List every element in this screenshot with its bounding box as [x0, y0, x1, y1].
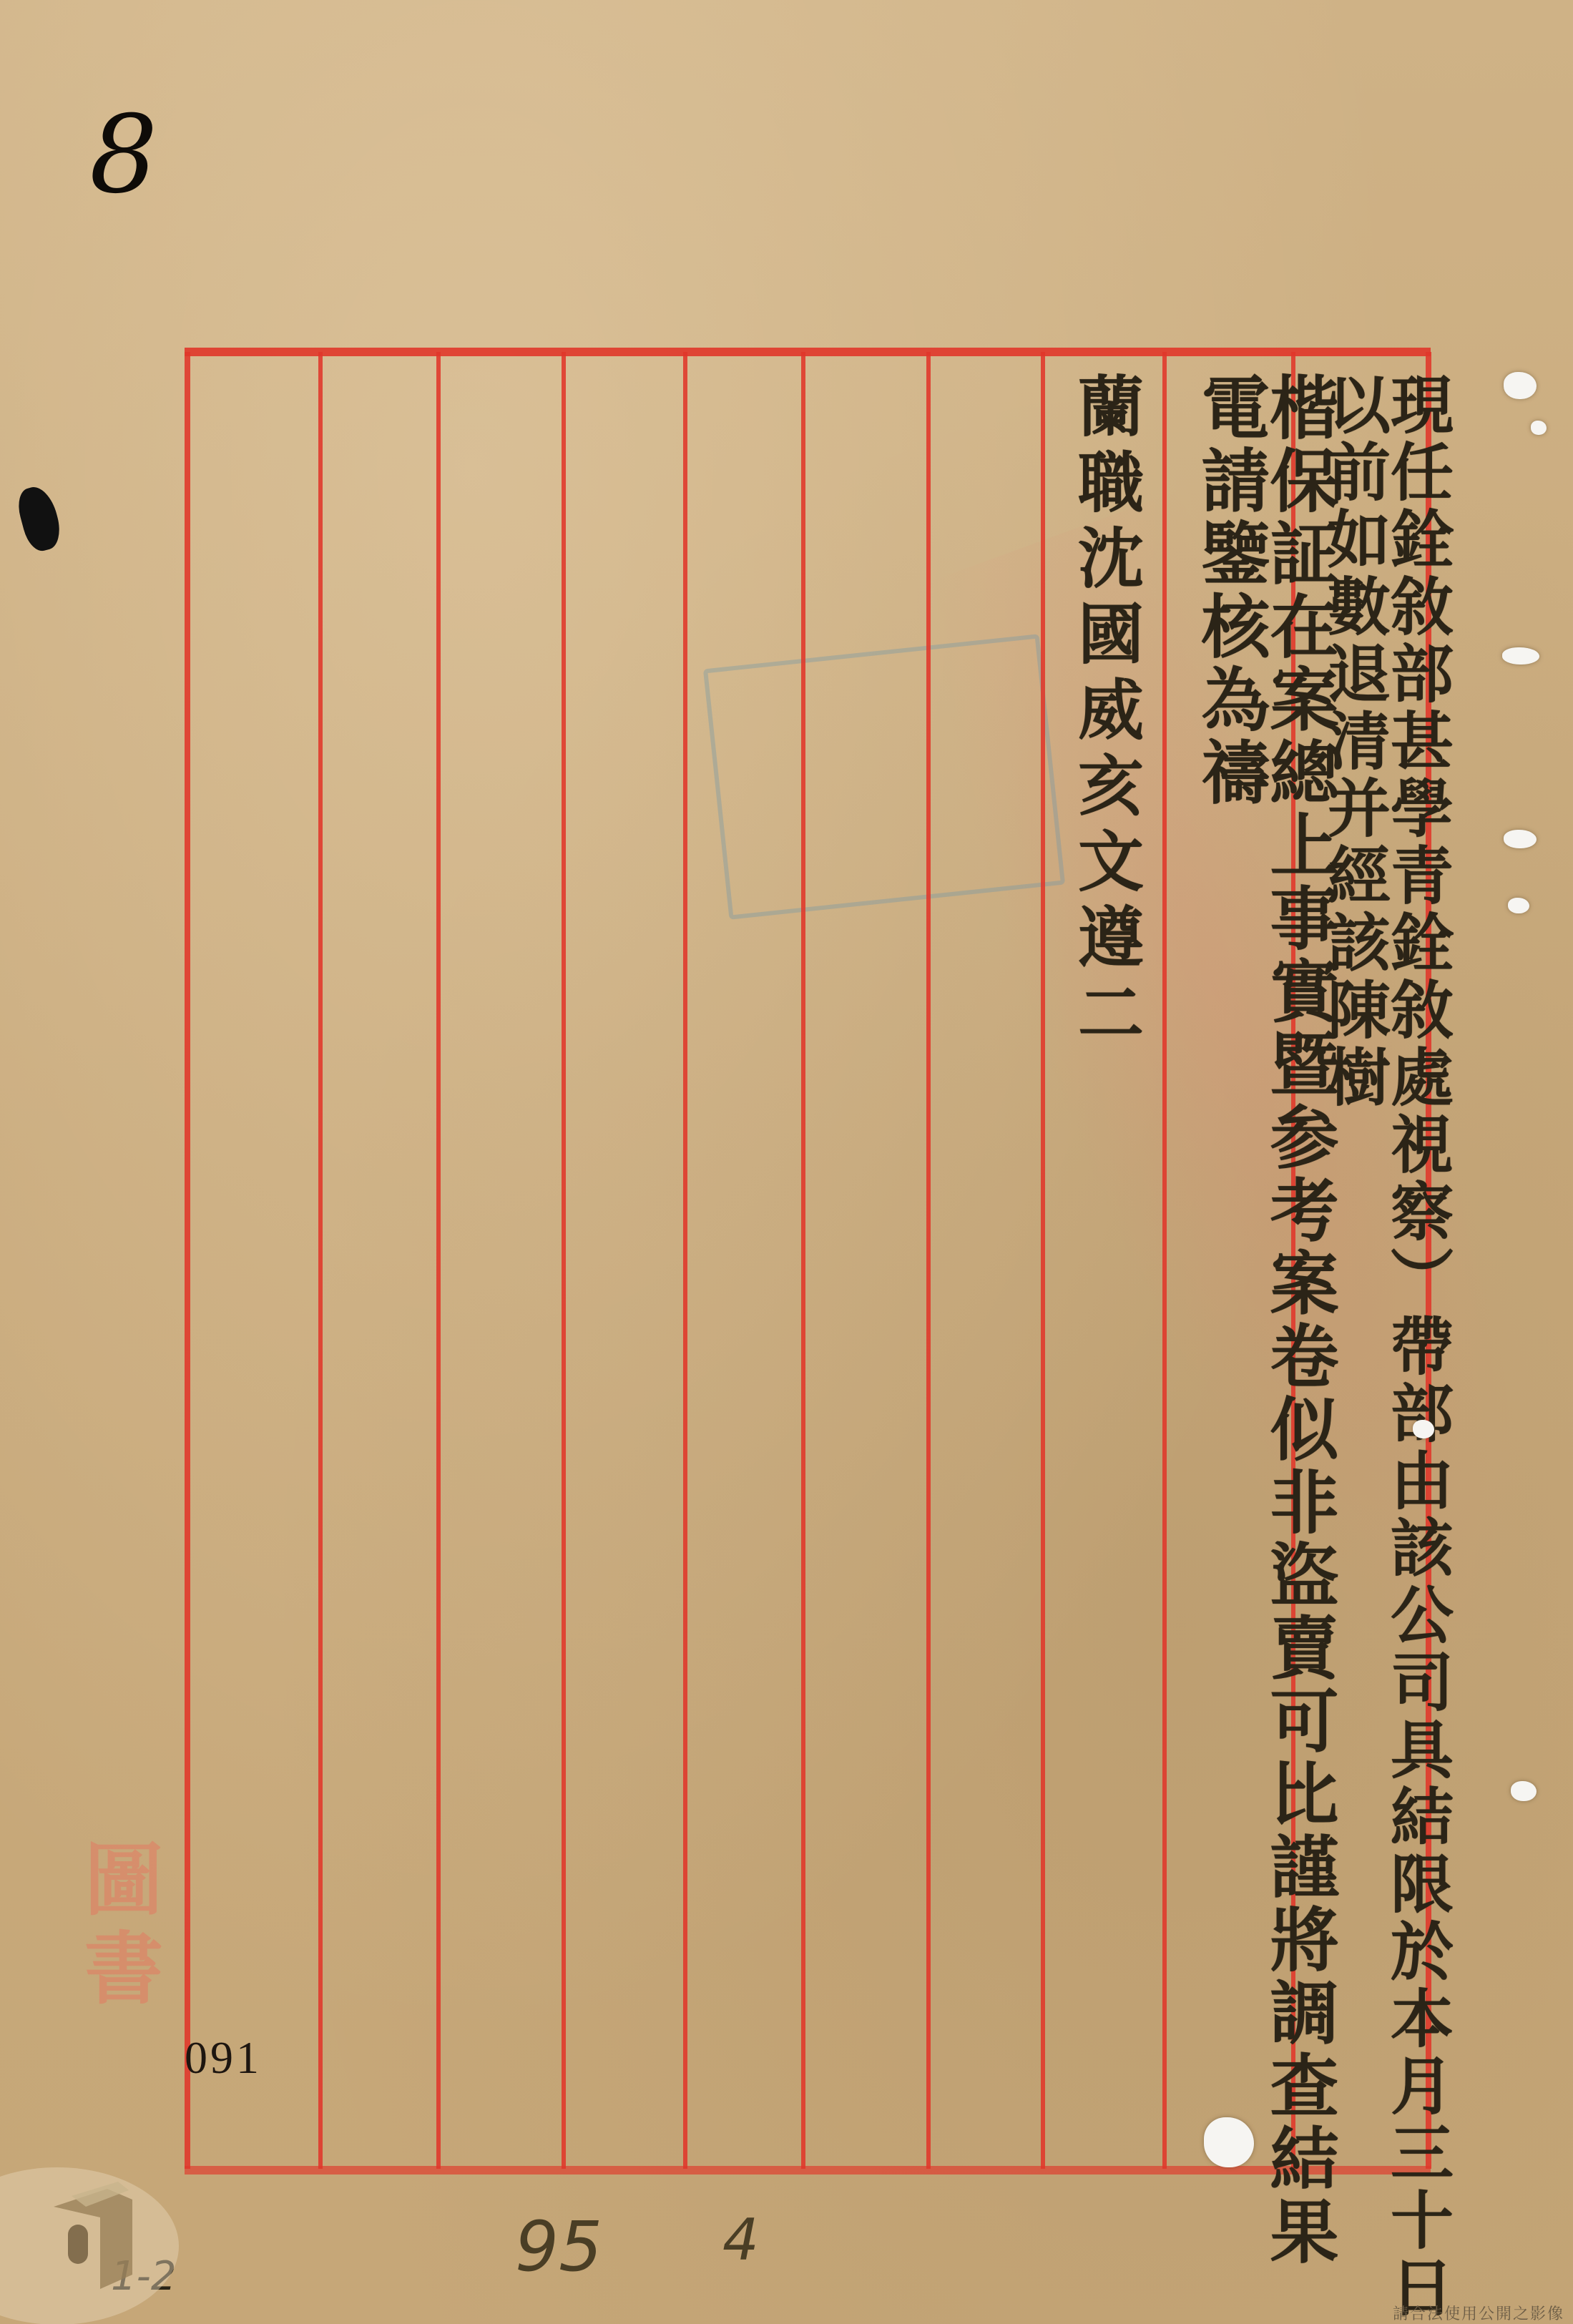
usage-watermark: 請合法使用公開之影像: [1393, 2302, 1564, 2324]
ruled-line: [1041, 352, 1045, 2169]
red-faded-stamp: 圖書: [61, 1838, 174, 2016]
ruled-line: [926, 352, 931, 2169]
text-column-1: 現任銓敘部甚學青銓敘處視察）帶部由該公司具結限於本月三十日以前如數退清并經該陳樹: [1323, 372, 1449, 2324]
punch-hole: [1508, 898, 1529, 913]
paper-tear-hole: [1204, 2117, 1254, 2167]
pencil-note-count: 4: [722, 2207, 759, 2273]
serial-number-stamp: 091: [185, 2031, 262, 2084]
ruled-line: [185, 352, 190, 2169]
punch-hole: [1504, 830, 1537, 848]
folio-number: 8: [89, 93, 157, 217]
punch-hole: [1413, 1420, 1434, 1438]
text-column-3: 蘭職沈國威亥文遵二: [1073, 372, 1139, 1054]
punch-hole: [1502, 647, 1539, 665]
ruled-line: [562, 352, 566, 2169]
punch-hole: [1531, 421, 1547, 435]
ruled-line: [1162, 352, 1167, 2169]
pencil-note-page: 95: [515, 2207, 602, 2287]
punch-hole: [1504, 372, 1537, 399]
archive-logo-icon: [0, 2146, 179, 2324]
punch-hole: [1511, 1781, 1537, 1801]
ruled-line: [801, 352, 805, 2169]
ruled-line: [318, 352, 323, 2169]
blue-faded-stamp: [703, 634, 1065, 919]
ruled-line: [683, 352, 687, 2169]
ruled-line: [436, 352, 441, 2169]
text-column-2: 楷保証在案總上事實暨参考案卷似非盜賣可比謹將調查結果電請鑒核為禱: [1196, 372, 1333, 2324]
ruled-frame-top: [185, 348, 1431, 356]
